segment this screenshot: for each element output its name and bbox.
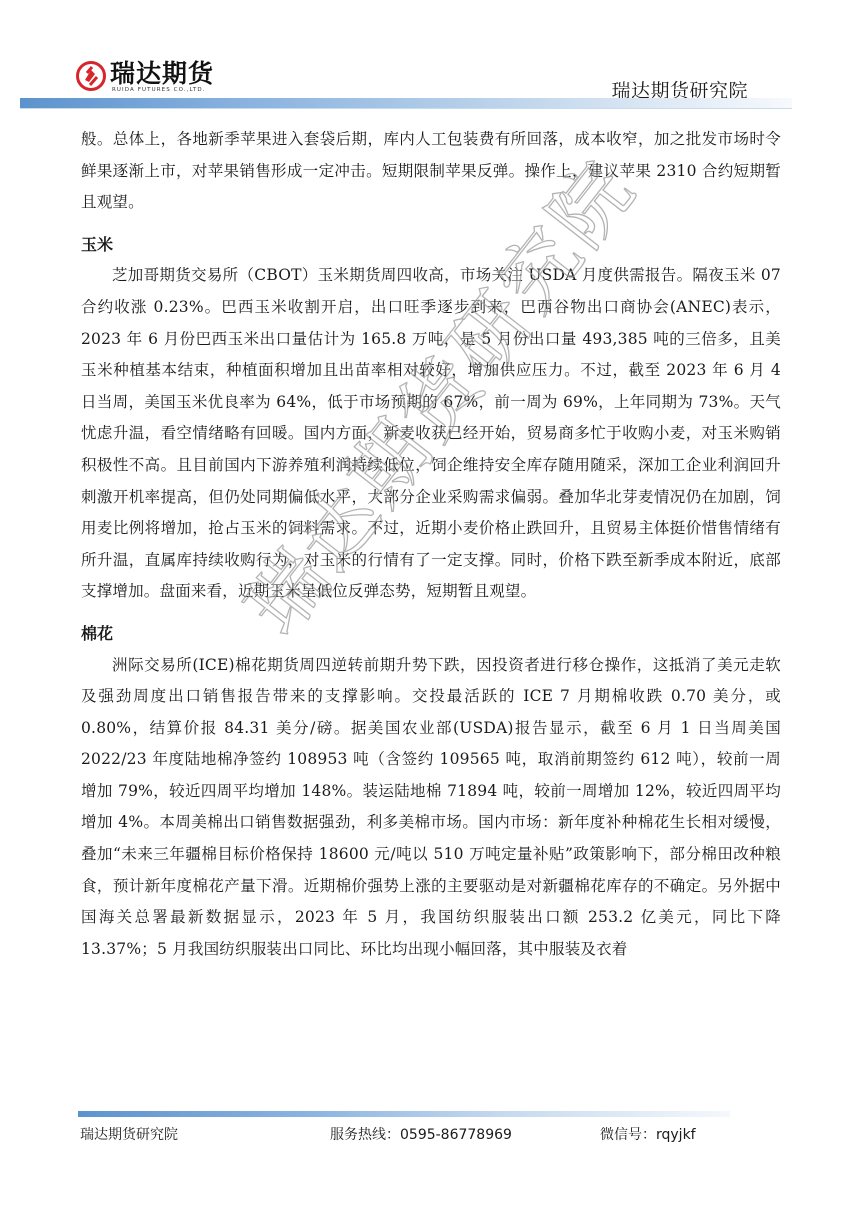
footer-wechat: 微信号：rqyjkf xyxy=(600,1124,696,1144)
section-title-corn: 玉米 xyxy=(81,229,781,261)
logo-chinese-name: 瑞达期货 xyxy=(110,60,214,87)
apple-paragraph-continued: 般。总体上，各地新季苹果进入套袋后期，库内人工包装费有所回落，成本收窄，加之批发… xyxy=(81,124,781,219)
cotton-paragraph: 洲际交易所(ICE)棉花期货周四逆转前期升势下跌，因投资者进行移仓操作，这抵消了… xyxy=(81,650,781,966)
company-logo: 瑞达期货 RUIDA FUTURES CO.,LTD. xyxy=(76,60,214,100)
page-header: 瑞达期货 RUIDA FUTURES CO.,LTD. 瑞达期货研究院 xyxy=(0,0,860,112)
footer-gradient-bar xyxy=(78,1111,730,1117)
logo-english-name: RUIDA FUTURES CO.,LTD. xyxy=(112,87,214,94)
header-divider xyxy=(20,108,792,109)
page-footer: 瑞达期货研究院 服务热线：0595-86778969 微信号：rqyjkf xyxy=(80,1124,780,1148)
footer-hotline: 服务热线：0595-86778969 xyxy=(330,1124,512,1144)
footer-org-name: 瑞达期货研究院 xyxy=(80,1124,178,1144)
report-body: 般。总体上，各地新季苹果进入套袋后期，库内人工包装费有所回落，成本收窄，加之批发… xyxy=(81,124,781,965)
header-gradient-bar xyxy=(20,98,792,108)
ruida-logo-icon xyxy=(76,61,106,91)
corn-paragraph: 芝加哥期货交易所（CBOT）玉米期货周四收高，市场关注 USDA 月度供需报告。… xyxy=(81,260,781,608)
section-title-cotton: 棉花 xyxy=(81,618,781,650)
